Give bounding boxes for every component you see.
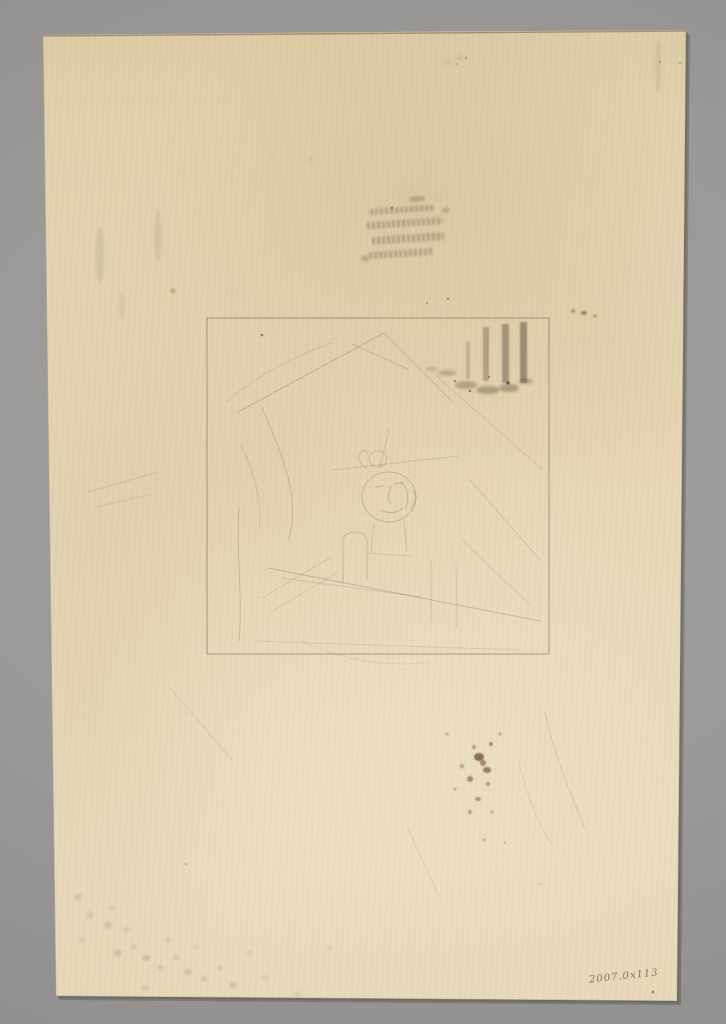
pencil-stroke xyxy=(376,486,383,487)
smudge-mark xyxy=(306,158,314,163)
pencil-stroke xyxy=(256,641,519,650)
pencil-stroke xyxy=(470,480,540,560)
charcoal-speck xyxy=(506,381,509,384)
pencil-stroke xyxy=(170,688,233,761)
charcoal-speck xyxy=(469,390,472,393)
paper-edge-line xyxy=(43,31,686,36)
pencil-stroke xyxy=(238,508,240,641)
dirt-speck xyxy=(261,334,264,337)
pencil-stroke xyxy=(262,408,293,540)
pencil-stroke xyxy=(343,532,367,582)
foxing-spot xyxy=(460,764,464,768)
smudge-mark xyxy=(87,911,93,919)
pencil-stroke xyxy=(238,333,384,412)
smudge-mark xyxy=(217,966,223,971)
charcoal-smear xyxy=(499,384,519,392)
charcoal-smear xyxy=(438,370,456,376)
smudge-mark xyxy=(456,56,464,61)
dirt-speck xyxy=(659,61,661,63)
charcoal-bar xyxy=(466,342,470,379)
smudge-mark xyxy=(201,976,207,982)
smudge-mark xyxy=(294,992,302,997)
dirt-speck xyxy=(652,991,655,994)
pencil-stroke xyxy=(462,540,531,606)
foxing-spot xyxy=(483,767,491,773)
smudge-mark xyxy=(119,291,125,319)
paper-sheet: 2007.0x113 xyxy=(0,0,726,1024)
dirt-speck xyxy=(539,883,541,885)
foxing-spot xyxy=(467,776,473,782)
dirt-speck xyxy=(426,302,428,304)
smudge-mark xyxy=(110,906,115,911)
smudge-mark xyxy=(443,59,453,65)
charcoal-bar xyxy=(502,324,509,383)
smudge-mark xyxy=(74,894,82,900)
charcoal-smear xyxy=(476,386,500,394)
pencil-stroke xyxy=(352,344,408,369)
charcoal-smear xyxy=(426,367,438,372)
smudge-mark xyxy=(131,945,137,950)
charcoal-speck xyxy=(454,380,456,382)
smudge-mark xyxy=(327,946,333,951)
pencil-stroke xyxy=(333,456,458,470)
foxing-spot xyxy=(593,315,597,318)
pencil-stroke xyxy=(381,509,402,513)
foxing-spot xyxy=(468,810,472,814)
foxing-spot xyxy=(170,289,176,294)
paper-edge-line xyxy=(43,36,56,995)
pencil-stroke xyxy=(388,487,391,503)
pencil-frame xyxy=(207,318,549,654)
pencil-marks-svg xyxy=(0,0,726,1024)
pencil-stroke xyxy=(456,562,457,628)
pencil-stroke xyxy=(271,572,338,612)
charcoal-bar xyxy=(483,327,489,381)
smudge-mark xyxy=(123,927,129,933)
pencil-stroke xyxy=(226,343,332,402)
smudge-mark xyxy=(194,945,199,950)
smudge-mark xyxy=(114,950,122,956)
photo-backdrop: 2007.0x113 xyxy=(0,0,726,1024)
foxing-spot xyxy=(475,797,481,801)
pencil-stroke xyxy=(404,521,407,551)
foxing-spot xyxy=(472,745,476,749)
smudge-mark xyxy=(142,955,150,961)
smudge-mark xyxy=(262,976,268,981)
pencil-stroke xyxy=(88,472,158,492)
pencil-stroke xyxy=(282,578,421,597)
foxing-spot xyxy=(499,733,502,736)
foxing-spot xyxy=(489,742,493,746)
smudge-mark xyxy=(104,922,112,928)
foxing-spot xyxy=(446,733,449,736)
smudge-mark xyxy=(269,153,275,157)
pencil-stroke xyxy=(384,333,452,401)
pencil-stroke xyxy=(262,557,331,598)
foxing-spot xyxy=(581,311,587,315)
foxing-spot xyxy=(474,753,484,761)
charcoal-smear xyxy=(519,378,533,384)
dirt-speck xyxy=(504,842,506,844)
dirt-speck xyxy=(391,207,393,209)
pencil-stroke xyxy=(368,553,410,556)
foxing-spot xyxy=(571,310,575,313)
foxing-spot xyxy=(454,788,457,791)
smudge-mark xyxy=(230,982,237,988)
dirt-speck xyxy=(679,62,681,64)
smudge-mark xyxy=(155,210,162,262)
charcoal-bar xyxy=(520,322,527,383)
smudge-mark xyxy=(184,969,192,975)
foxing-spot xyxy=(480,760,486,766)
smudge-mark xyxy=(655,40,661,92)
dirt-speck xyxy=(185,863,187,865)
pencil-stroke xyxy=(96,494,152,507)
foxing-spot xyxy=(483,839,486,842)
pencil-stroke xyxy=(518,760,553,846)
smudge-mark xyxy=(165,937,171,943)
pencil-stroke xyxy=(371,523,374,552)
smudge-mark xyxy=(141,986,149,991)
smudge-mark xyxy=(173,954,179,960)
charcoal-smear xyxy=(455,381,477,389)
smudge-mark xyxy=(96,227,104,283)
pencil-stroke xyxy=(394,483,402,484)
foxing-spot xyxy=(491,811,494,814)
pencil-stroke xyxy=(380,429,389,468)
smudge-mark xyxy=(157,965,163,971)
pencil-stroke xyxy=(408,828,439,897)
dirt-speck xyxy=(447,298,449,300)
pencil-stroke xyxy=(241,444,260,529)
dirt-speck xyxy=(456,63,458,65)
dirt-speck xyxy=(465,57,467,59)
pencil-stroke xyxy=(545,712,586,831)
pencil-stroke xyxy=(402,482,408,508)
smudge-mark xyxy=(79,937,85,943)
charcoal-speck xyxy=(488,376,490,378)
pencil-stroke xyxy=(359,451,368,468)
foxing-spot xyxy=(486,782,490,786)
smudge-mark xyxy=(247,951,253,956)
